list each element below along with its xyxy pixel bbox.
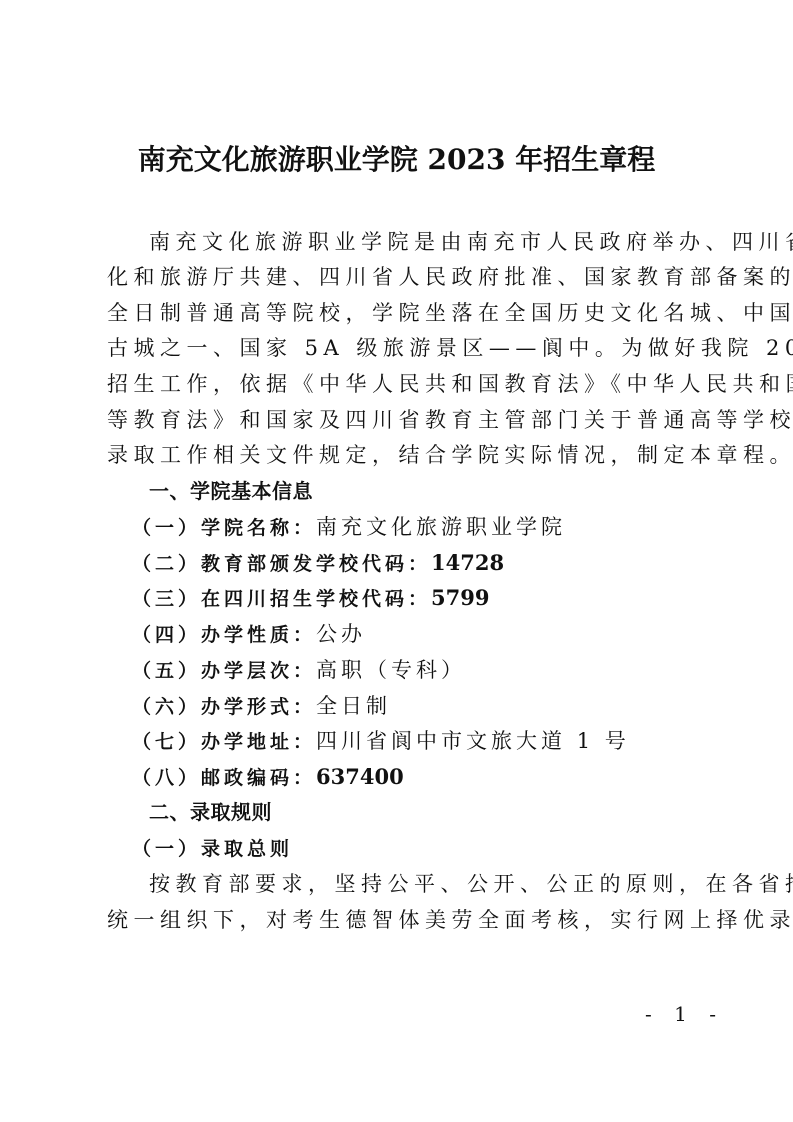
intro-line: 录取工作相关文件规定，结合学院实际情况，制定本章程。 — [107, 440, 793, 470]
section-heading-basic-info: 一、学院基本信息 — [149, 476, 313, 506]
document-page: 南充文化旅游职业学院 2023 年招生章程 南充文化旅游职业学院是由南充市人民政… — [0, 0, 793, 1122]
info-label: （八）邮政编码： — [132, 767, 316, 789]
info-item-postcode: （八）邮政编码：637400 — [132, 762, 404, 793]
info-label: （七）办学地址： — [132, 731, 316, 753]
intro-line: 南充文化旅游职业学院是由南充市人民政府举办、四川省文 — [149, 227, 793, 257]
info-label: （一）学院名称： — [132, 517, 316, 539]
intro-line: 等教育法》和国家及四川省教育主管部门关于普通高等学校招生 — [107, 405, 793, 435]
info-value: 5799 — [431, 585, 489, 610]
intro-line: 古城之一、国家 5A 级旅游景区——阆中。为做好我院 2023 年 — [107, 333, 793, 363]
info-label: （六）办学形式： — [132, 696, 316, 718]
info-item-address: （七）办学地址：四川省阆中市文旅大道 1 号 — [132, 726, 630, 757]
info-value: 南充文化旅游职业学院 — [316, 515, 566, 539]
rules-line: 统一组织下，对考生德智体美劳全面考核，实行网上择优录取。 — [107, 905, 793, 935]
intro-line: 化和旅游厅共建、四川省人民政府批准、国家教育部备案的公办 — [107, 262, 793, 292]
info-label: （二）教育部颁发学校代码： — [132, 553, 431, 575]
info-label: （四）办学性质： — [132, 624, 316, 646]
page-number: - 1 - — [645, 1002, 724, 1026]
info-value: 高职（专科） — [316, 658, 466, 682]
section-heading-admission-rules: 二、录取规则 — [149, 797, 272, 827]
info-value: 公办 — [316, 622, 366, 646]
info-item-form: （六）办学形式：全日制 — [132, 691, 391, 722]
info-label: （三）在四川招生学校代码： — [132, 588, 431, 610]
info-item-level: （五）办学层次：高职（专科） — [132, 655, 466, 686]
info-item-name: （一）学院名称：南充文化旅游职业学院 — [132, 512, 566, 543]
intro-line: 招生工作，依据《中华人民共和国教育法》《中华人民共和国高 — [107, 369, 793, 399]
info-value: 637400 — [316, 764, 404, 789]
info-item-sichuan-code: （三）在四川招生学校代码：5799 — [132, 583, 489, 614]
info-value: 全日制 — [316, 694, 391, 718]
document-title: 南充文化旅游职业学院 2023 年招生章程 — [0, 140, 793, 180]
info-item-moe-code: （二）教育部颁发学校代码：14728 — [132, 548, 504, 579]
subheading-label: （一）录取总则 — [132, 838, 293, 860]
rules-line: 按教育部要求，坚持公平、公开、公正的原则，在各省招办 — [149, 869, 793, 899]
info-item-nature: （四）办学性质：公办 — [132, 619, 366, 650]
info-label: （五）办学层次： — [132, 660, 316, 682]
info-value: 四川省阆中市文旅大道 1 号 — [316, 729, 630, 753]
subheading-general-principles: （一）录取总则 — [132, 833, 293, 864]
intro-line: 全日制普通高等院校，学院坐落在全国历史文化名城、中国四大 — [107, 298, 793, 328]
info-value: 14728 — [431, 550, 504, 575]
